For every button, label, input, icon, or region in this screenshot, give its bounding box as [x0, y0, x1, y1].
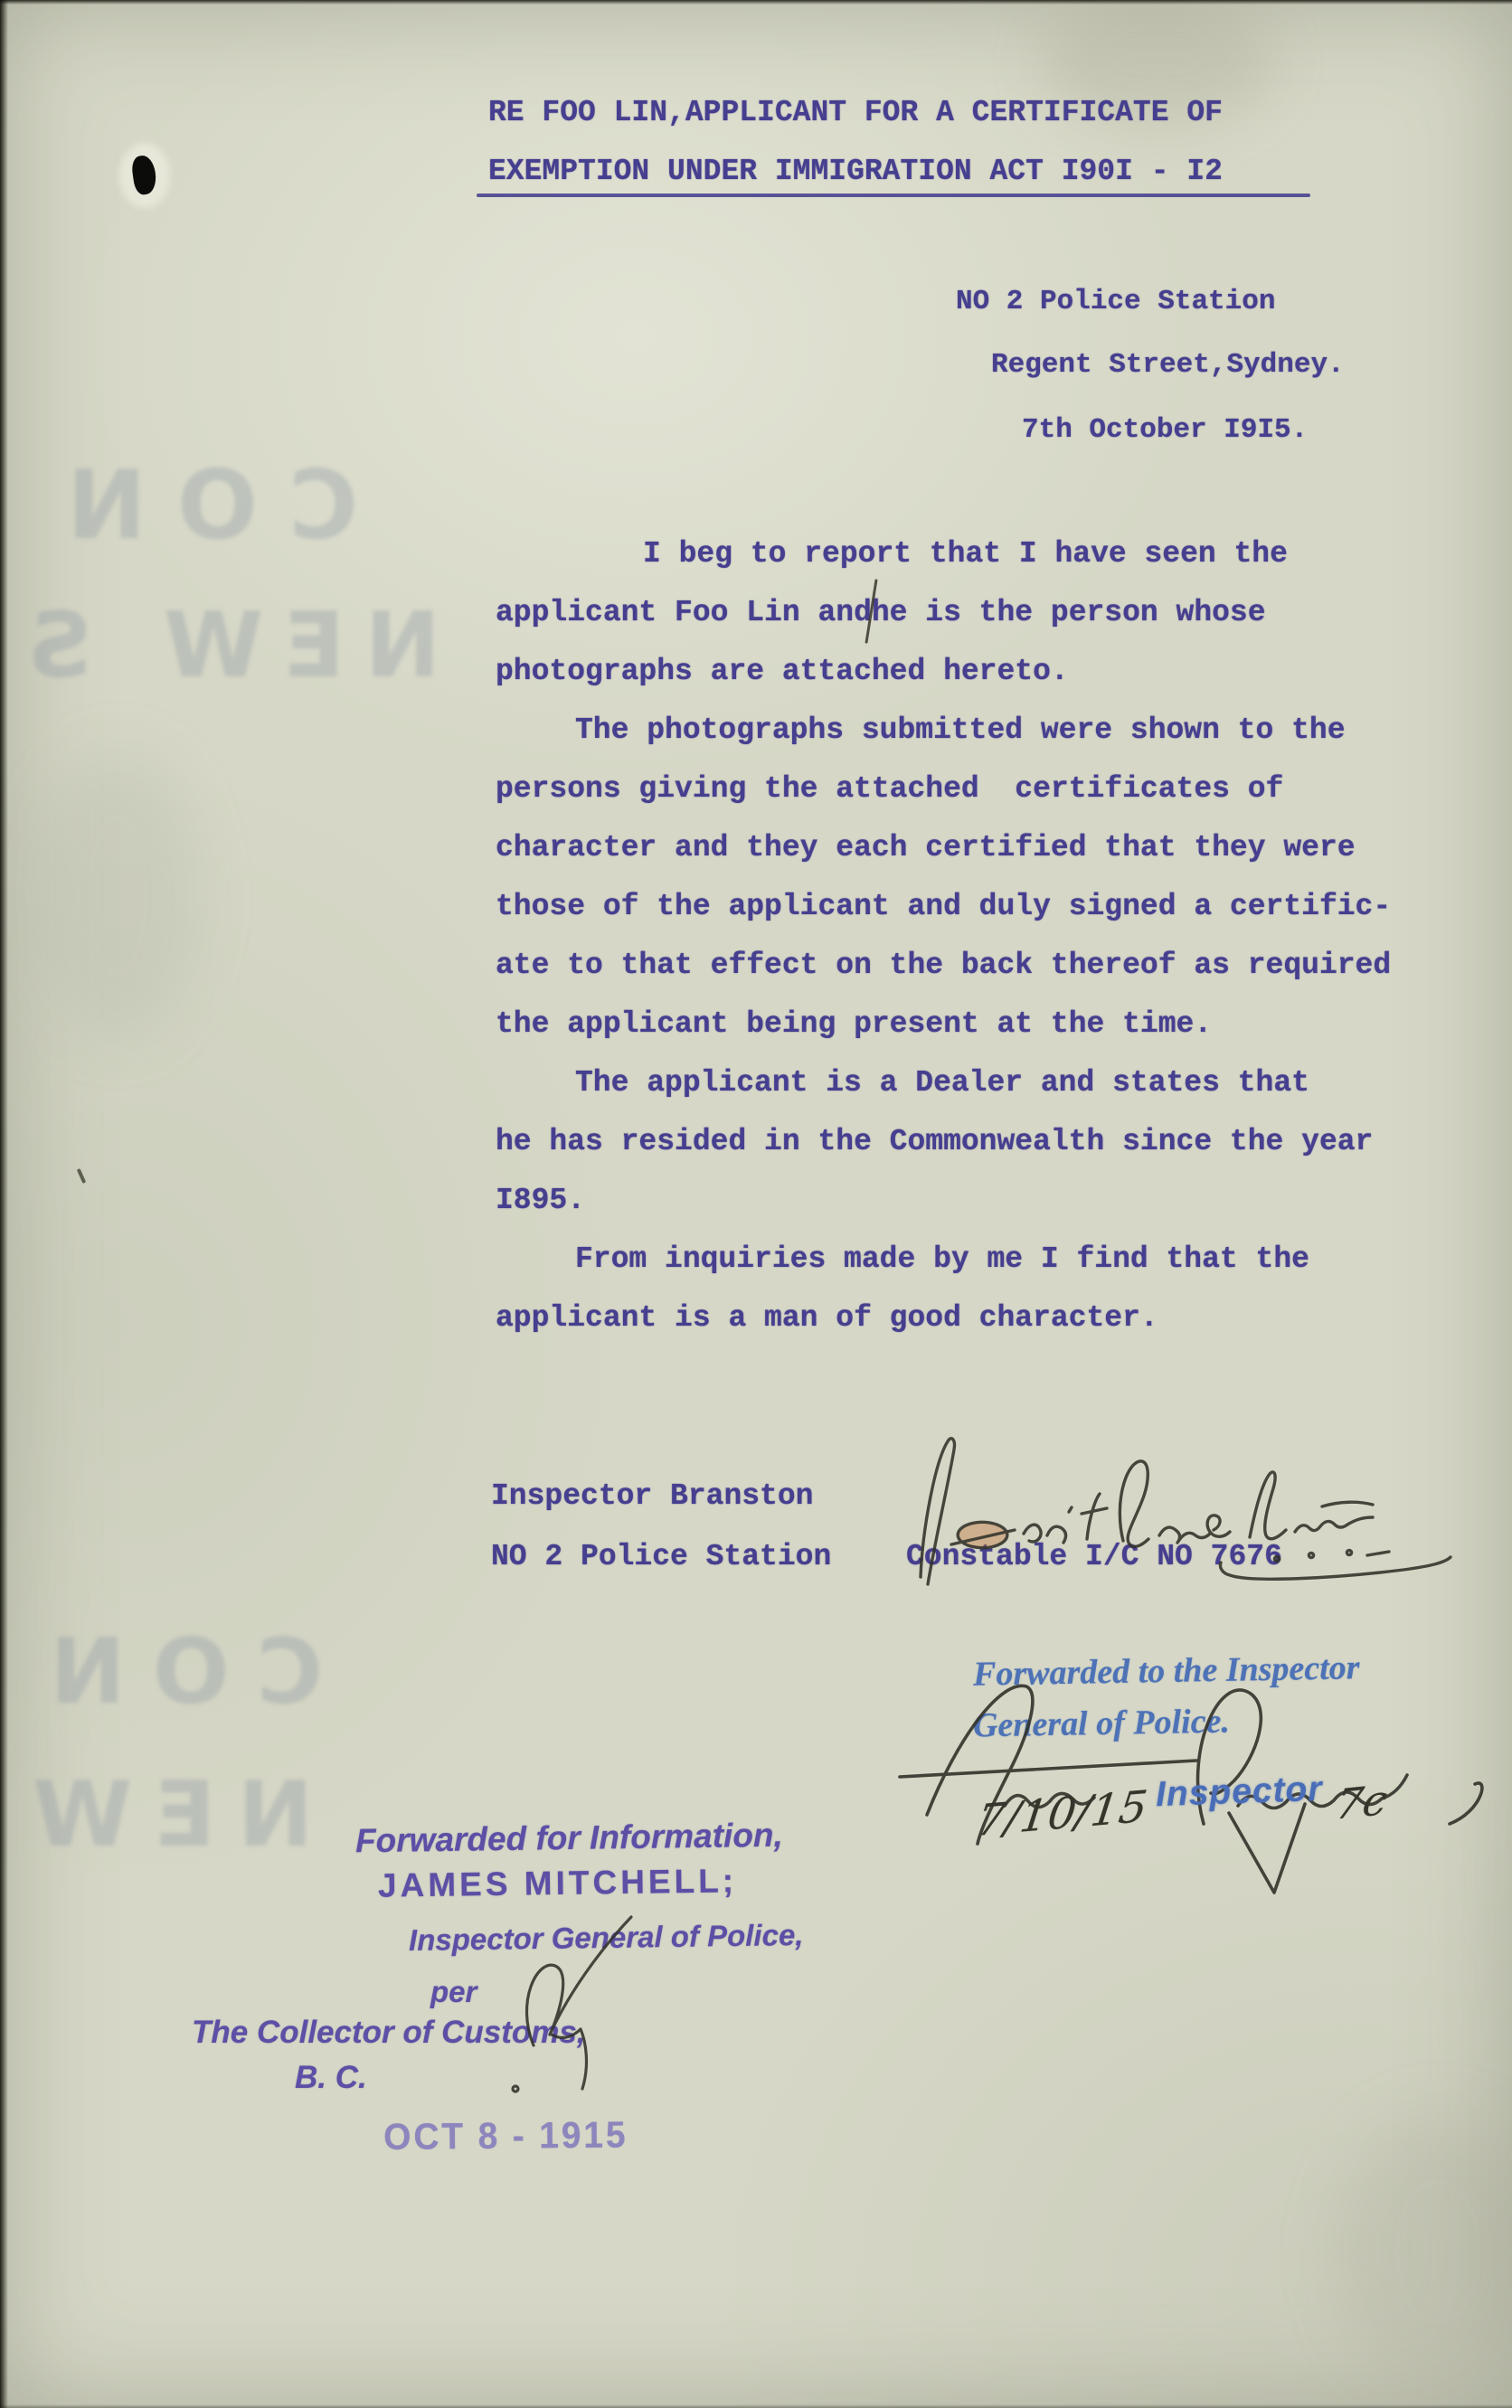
received-date-stamp: OCT 8 - 1915: [383, 2114, 628, 2158]
showthrough-bottom-line2: NEW: [11, 1761, 313, 1867]
handwritten-initials: [470, 1899, 660, 2111]
showthrough-top-line1: CON: [36, 450, 358, 561]
signoff-name: Inspector Branston: [491, 1481, 813, 1511]
scan-edge-bottom: [0, 2404, 1512, 2408]
body-line: character and they each certified that t…: [496, 818, 1391, 877]
body-line: persons giving the attached certificates…: [496, 760, 1391, 818]
handwritten-flourish: 7c: [1333, 1775, 1391, 1828]
info-stamp-line-1: Forwarded for Information,: [355, 1817, 783, 1861]
paper-stain: [36, 751, 199, 1040]
info-stamp-line-6: B. C.: [295, 2060, 367, 2096]
showthrough-top-line2: NEW S: [7, 592, 440, 698]
body-line: From inquiries made by me I find that th…: [496, 1230, 1391, 1289]
body-line: I beg to report that I have seen the: [496, 524, 1391, 583]
body-line: applicant Foo Lin andhe is the person wh…: [496, 583, 1391, 642]
signoff-station: NO 2 Police Station: [491, 1542, 831, 1572]
body-line: The applicant is a Dealer and states tha…: [496, 1053, 1391, 1112]
showthrough-bottom-line1: CON: [23, 1619, 323, 1724]
body-line: he has resided in the Commonwealth since…: [496, 1112, 1391, 1171]
scan-edge-top: [0, 0, 1512, 5]
constable-signature: [895, 1421, 1483, 1611]
paper-stain: [1338, 2116, 1512, 2387]
letter-body: I beg to report that I have seen the app…: [496, 524, 1391, 1347]
body-line: those of the applicant and duly signed a…: [496, 877, 1391, 936]
scanned-letter-page: CON NEW S CON NEW RE FOO LIN,APPLICANT F…: [0, 0, 1512, 2408]
scan-edge-left: [0, 0, 8, 2408]
heading-underline: [477, 194, 1310, 197]
dateline-station: NO 2 Police Station: [956, 288, 1275, 316]
body-line: I895.: [496, 1171, 1391, 1230]
dateline-street: Regent Street,Sydney.: [991, 351, 1345, 379]
dateline-date: 7th October I9I5.: [1022, 416, 1308, 444]
body-line: ate to that effect on the back thereof a…: [496, 936, 1391, 995]
body-line: The photographs submitted were shown to …: [496, 701, 1391, 760]
pen-tick-mark: [77, 1168, 87, 1184]
inspector-stamp: Inspector: [1155, 1770, 1323, 1815]
heading-line-2: EXEMPTION UNDER IMMIGRATION ACT I90I - I…: [488, 156, 1223, 186]
heading-line-1: RE FOO LIN,APPLICANT FOR A CERTIFICATE O…: [488, 98, 1223, 127]
body-line: applicant is a man of good character.: [496, 1289, 1391, 1347]
body-line: the applicant being present at the time.: [496, 995, 1391, 1053]
body-line: photographs are attached hereto.: [496, 642, 1391, 701]
